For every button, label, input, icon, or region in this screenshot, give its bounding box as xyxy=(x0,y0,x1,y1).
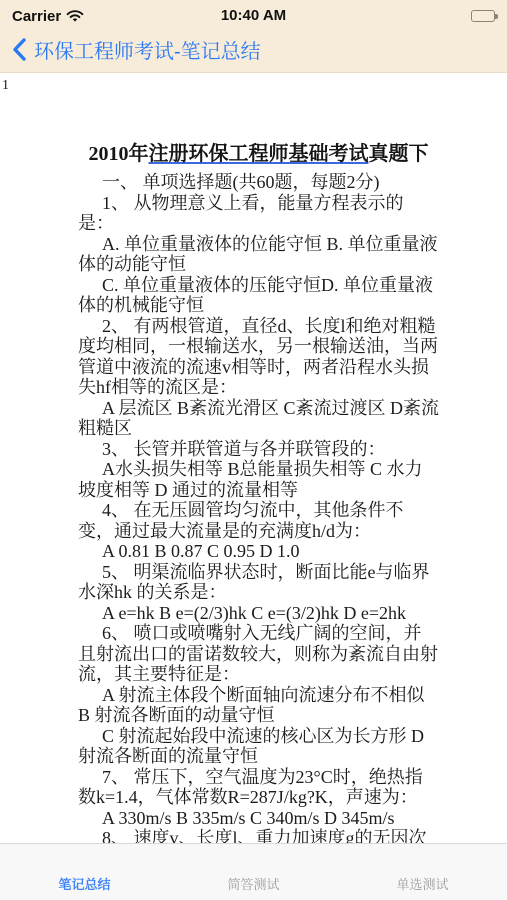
question-5: 5、 明渠流临界状态时，断面比能e与临界水深hk 的关系是： xyxy=(78,562,439,603)
question-8: 8、 速度v、长度l、重力加速度g的无因次集 xyxy=(78,828,439,843)
document-page: 2010年注册环保工程师基础考试真题下 一、 单项选择题(共60题，每题2分) … xyxy=(0,93,507,843)
status-left: Carrier xyxy=(12,8,173,25)
question-7-options: A 330m/s B 335m/s C 340m/s D 345m/s xyxy=(78,808,439,829)
status-center: 10:40 AM xyxy=(173,7,334,25)
question-6: 6、 喷口或喷嘴射入无线广阔的空间，并且射流出口的雷诺数较大，则称为紊流自由射流… xyxy=(78,623,439,685)
tab-notes-summary[interactable]: 笔记总结 xyxy=(0,844,169,900)
tab-single-choice-test-label: 单选测试 xyxy=(396,874,448,893)
back-button[interactable]: 环保工程师考试-笔记总结 xyxy=(0,26,507,72)
tab-single-choice-test[interactable]: 单选测试 xyxy=(338,844,507,900)
chevron-left-icon xyxy=(12,38,26,61)
app-screen: Carrier 10:40 AM xyxy=(0,0,507,900)
question-6-options-cd: C 射流起始段中流速的核心区为长方形 D 射流各断面的流量守恒 xyxy=(78,726,439,767)
tab-notes-summary-label: 笔记总结 xyxy=(58,874,110,893)
question-6-options-ab: A 射流主体段个断面轴向流速分布不相似 B 射流各断面的动量守恒 xyxy=(78,685,439,726)
section-heading: 一、 单项选择题(共60题，每题2分) xyxy=(78,172,439,193)
page-number: 1 xyxy=(0,73,507,93)
tab-short-answer-test-label: 简答测试 xyxy=(227,874,279,893)
question-1: 1、 从物理意义上看，能量方程表示的是： xyxy=(78,193,439,234)
wifi-icon xyxy=(66,10,84,23)
question-5-options: A e=hk B e=(2/3)hk C e=(3/2)hk D e=2hk xyxy=(78,603,439,624)
battery-icon xyxy=(471,10,495,22)
status-bar: Carrier 10:40 AM xyxy=(0,0,507,26)
back-button-label: 环保工程师考试-笔记总结 xyxy=(34,35,261,64)
question-2: 2、 有两根管道，直径d、长度l和绝对粗糙度均相同，一根输送水，另一根输送油，当… xyxy=(78,316,439,398)
title-suffix: 真题下 xyxy=(369,143,429,165)
question-2-options: A 层流区 B紊流光滑区 C紊流过渡区 D紊流粗糙区 xyxy=(78,398,439,439)
clock-label: 10:40 AM xyxy=(221,7,286,24)
question-4: 4、 在无压圆管均匀流中，其他条件不变，通过最大流量是的充满度h/d为： xyxy=(78,500,439,541)
tab-short-answer-test[interactable]: 简答测试 xyxy=(169,844,338,900)
question-1-options-cd: C. 单位重量液体的压能守恒D. 单位重量液体的机械能守恒 xyxy=(78,275,439,316)
question-7: 7、 常压下，空气温度为23°C时，绝热指数k=1.4，气体常数R=287J/k… xyxy=(78,767,439,808)
question-3: 3、 长管并联管道与各并联管段的： xyxy=(78,439,439,460)
question-3-options: A水头损失相等 B总能量损失相等 C 水力坡度相等 D 通过的流量相等 xyxy=(78,459,439,500)
question-1-options-ab: A. 单位重量液体的位能守恒 B. 单位重量液体的动能守恒 xyxy=(78,234,439,275)
document-title: 2010年注册环保工程师基础考试真题下 xyxy=(78,141,439,167)
carrier-label: Carrier xyxy=(12,8,61,25)
status-right xyxy=(334,10,495,22)
title-prefix: 2010年 xyxy=(89,143,149,165)
tab-bar: 笔记总结 简答测试 单选测试 xyxy=(0,843,507,900)
title-underlined-link: 注册环保工程师基础考试 xyxy=(149,143,369,165)
top-chrome: Carrier 10:40 AM xyxy=(0,0,507,73)
document-scroll-area[interactable]: 1 2010年注册环保工程师基础考试真题下 一、 单项选择题(共60题，每题2分… xyxy=(0,73,507,843)
question-4-options: A 0.81 B 0.87 C 0.95 D 1.0 xyxy=(78,541,439,562)
